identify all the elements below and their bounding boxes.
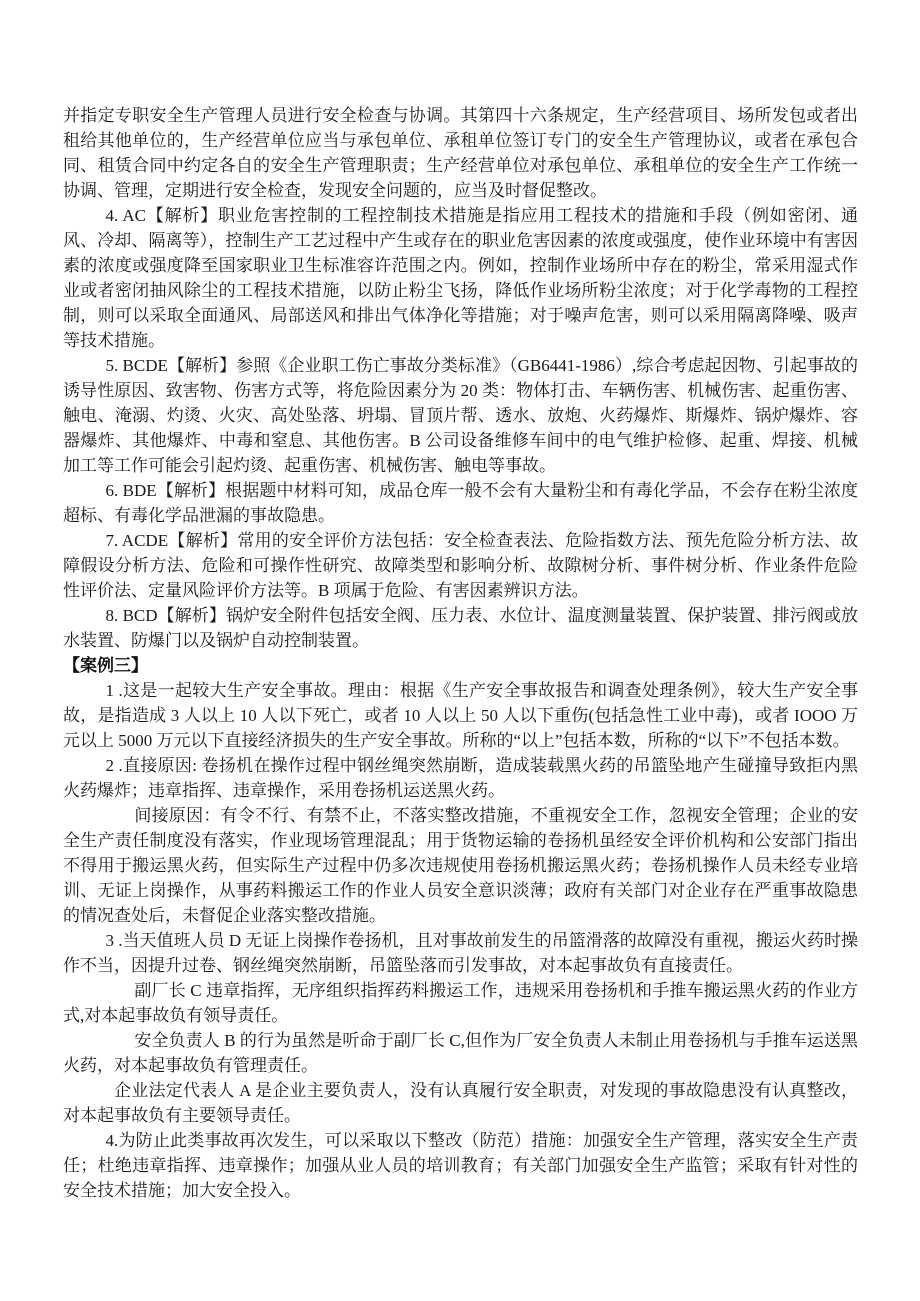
answer-item-6: 6. BDE【解析】根据题中材料可知，成品仓库一般不会有大量粉尘和有毒化学品，不… (63, 478, 858, 528)
answer-item-7: 7. ACDE【解析】常用的安全评价方法包括：安全检查表法、危险指数方法、预先危… (63, 528, 858, 603)
document-body: 并指定专职安全生产管理人员进行安全检查与协调。其第四十六条规定，生产经营项目、场… (63, 103, 858, 1203)
case-item-4-measures: 4.为防止此类事故再次发生，可以采取以下整改（防范）措施：加强安全生产管理，落实… (63, 1128, 858, 1203)
case-item-3-person-b: 安全负责人 B 的行为虽然是听命于副厂长 C,但作为厂安全负责人未制止用卷扬机与… (63, 1028, 858, 1078)
case-item-3-person-c: 副厂长 C 违章指挥，无序组织指挥药料搬运工作，违规采用卷扬机和手推车搬运黑火药… (63, 978, 858, 1028)
continuation-paragraph: 并指定专职安全生产管理人员进行安全检查与协调。其第四十六条规定，生产经营项目、场… (63, 103, 858, 203)
case-item-3-person-a: 企业法定代表人 A 是企业主要负责人，没有认真履行安全职责，对发现的事故隐患没有… (63, 1078, 858, 1128)
answer-item-8: 8. BCD【解析】锅炉安全附件包括安全阀、压力表、水位计、温度测量装置、保护装… (63, 603, 858, 653)
case-item-2-indirect-cause: 间接原因：有令不行、有禁不止，不落实整改措施，不重视安全工作，忽视安全管理；企业… (63, 803, 858, 928)
case-item-3-person-d: 3 .当天值班人员 D 无证上岗操作卷扬机，且对事故前发生的吊篮滑落的故障没有重… (63, 928, 858, 978)
document-page: 并指定专职安全生产管理人员进行安全检查与协调。其第四十六条规定，生产经营项目、场… (0, 0, 920, 1301)
answer-item-5: 5. BCDE【解析】参照《企业职工伤亡事故分类标准》（GB6441-1986）… (63, 353, 858, 478)
case-item-2-direct-cause: 2 .直接原因: 卷扬机在操作过程中钢丝绳突然崩断，造成装载黑火药的吊篮坠地产生… (63, 753, 858, 803)
case-heading: 【案例三】 (63, 653, 858, 678)
answer-item-4: 4. AC【解析】职业危害控制的工程控制技术措施是指应用工程技术的措施和手段（例… (63, 203, 858, 353)
case-item-1: 1 .这是一起较大生产安全事故。理由：根据《生产安全事故报告和调查处理条例》，较… (63, 678, 858, 753)
